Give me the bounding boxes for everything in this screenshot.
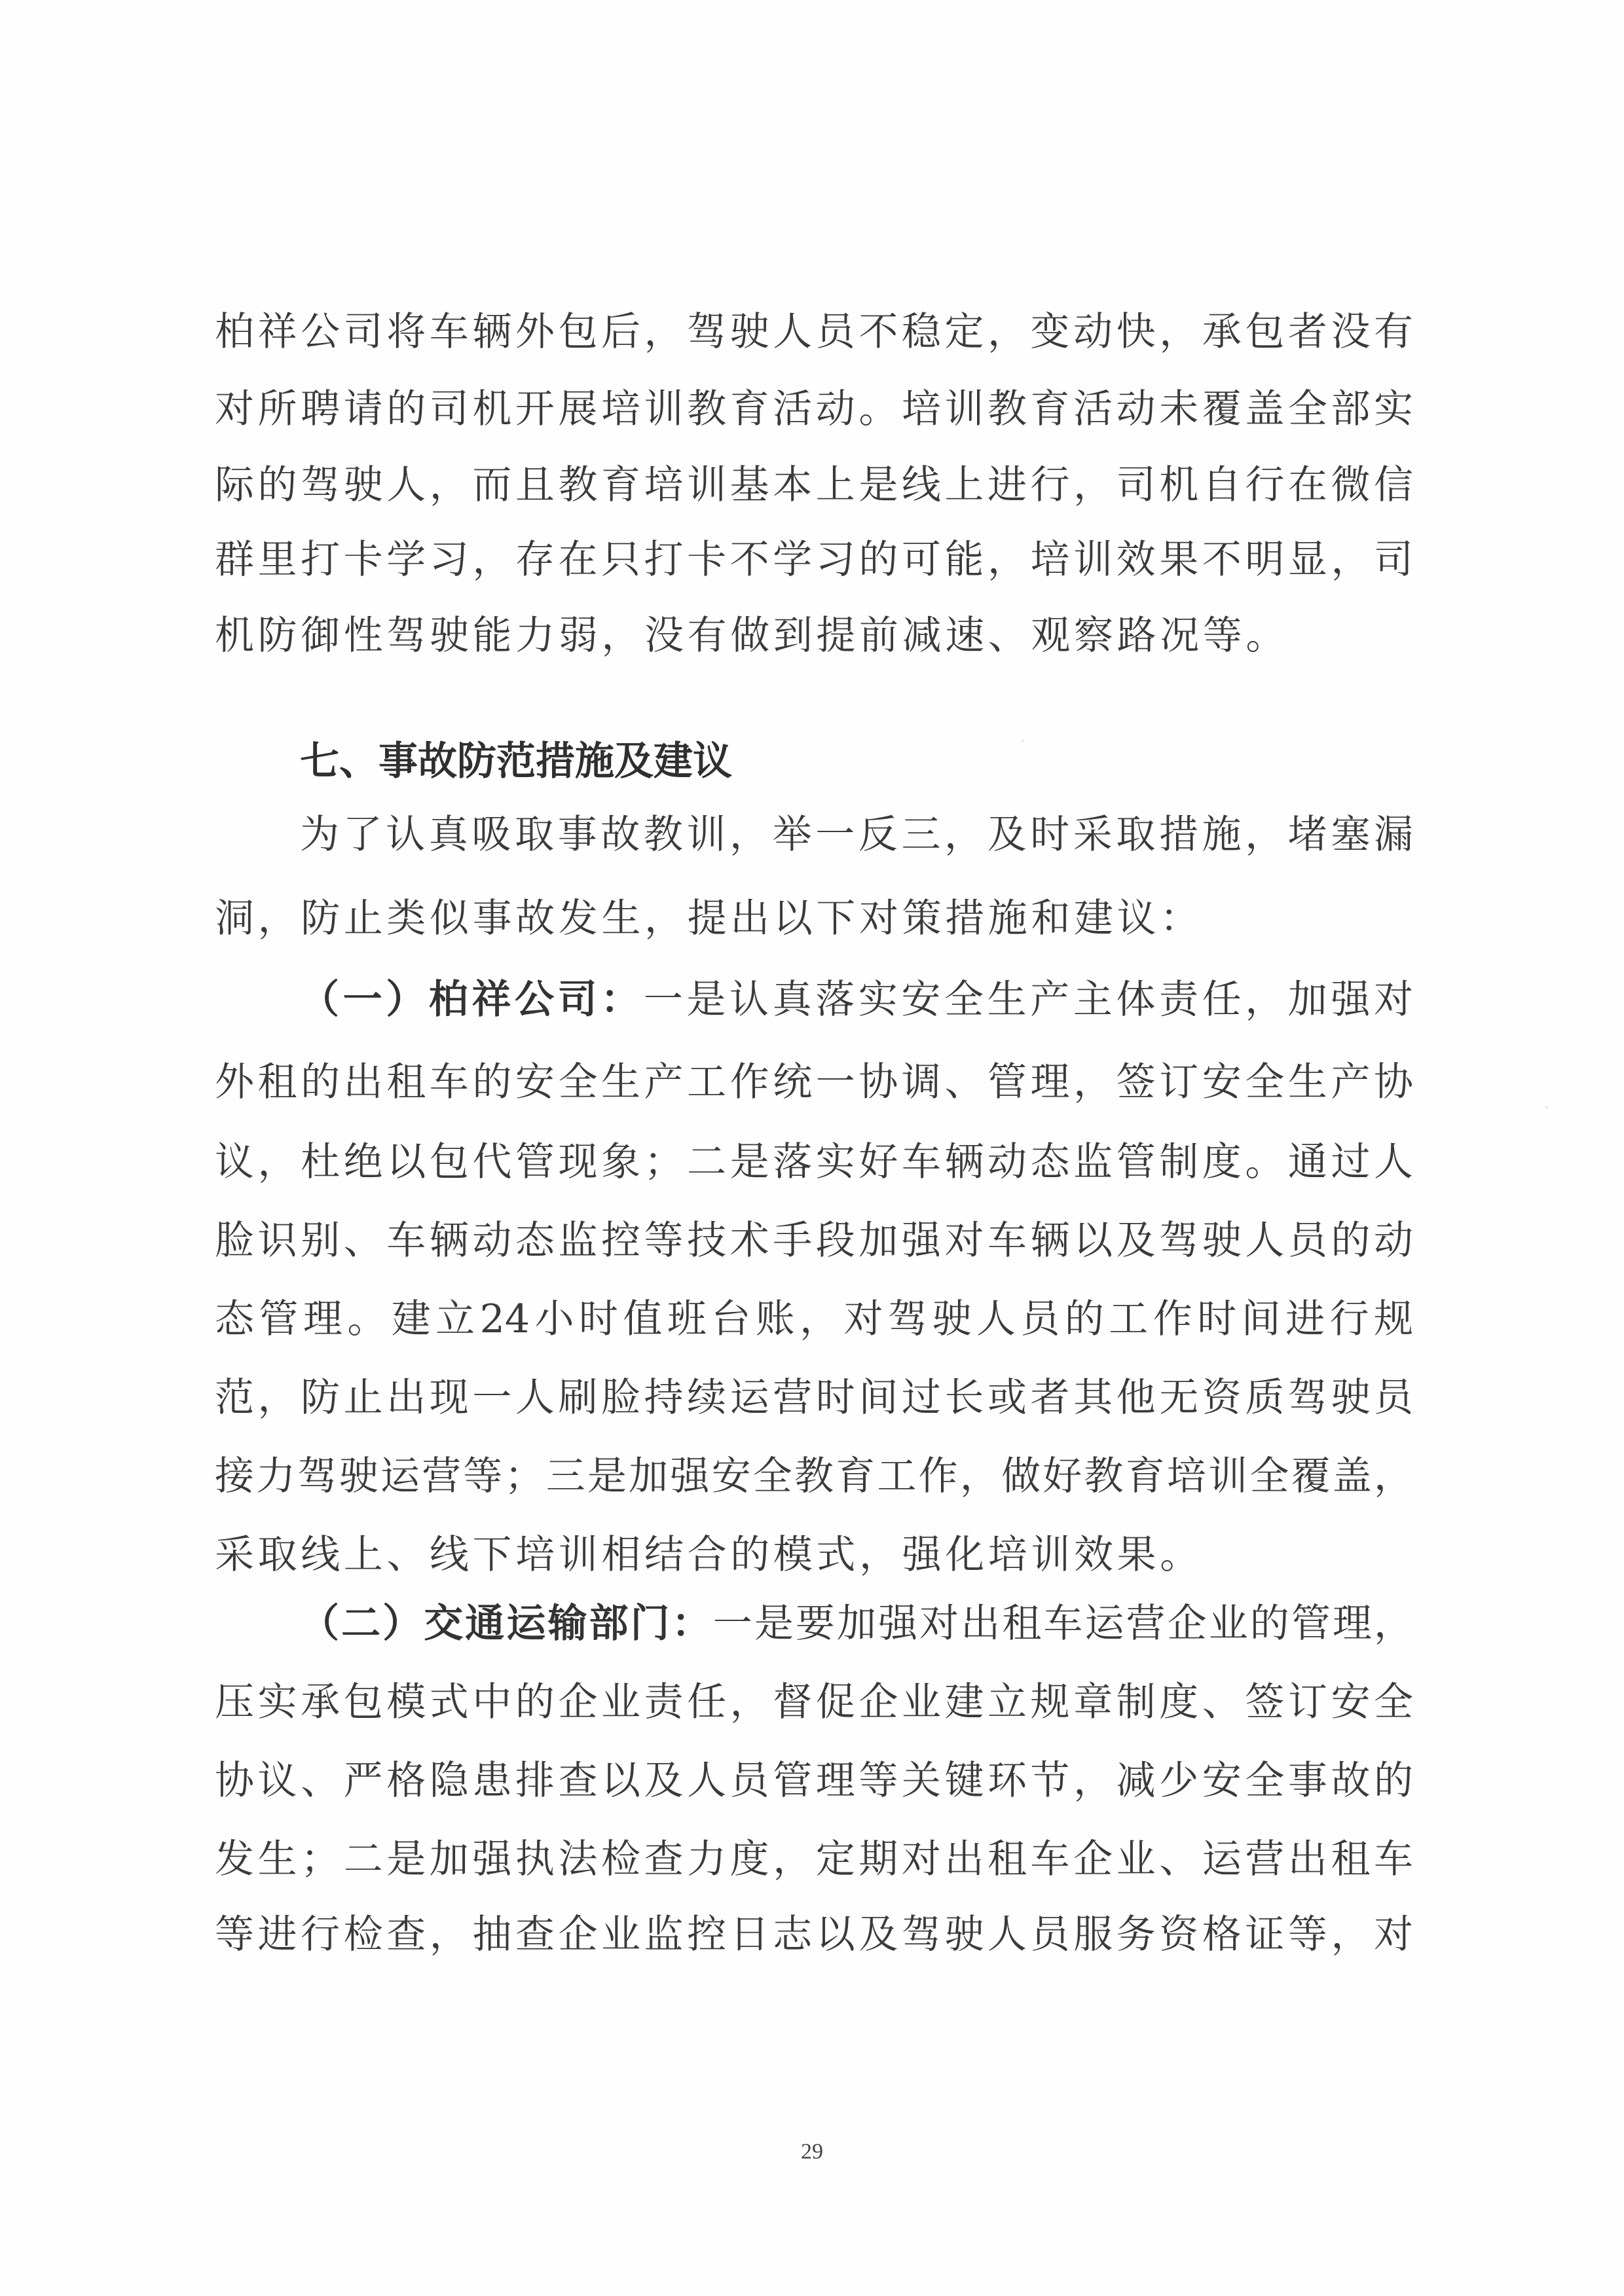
item2-first-line-text: 一是要加强对出租车运营企业的管理， — [713, 1601, 1413, 1647]
document-page: 柏祥公司将车辆外包后，驾驶人员不稳定，变动快，承包者没有 对所聘请的司机开展培训… — [0, 0, 1624, 2296]
section-heading: 七、事故防范措施及建议 — [300, 738, 1413, 784]
item2-label: （二）交通运输部门： — [300, 1601, 713, 1647]
paragraph-line: 群里打卡学习，存在只打卡不学习的可能，培训效果不明显，司 — [215, 537, 1413, 583]
item1-line: 脸识别、车辆动态监控等技术手段加强对车辆以及驾驶人员的动 — [215, 1218, 1413, 1264]
scan-speck — [1545, 1106, 1547, 1108]
paragraph-line: 际的驾驶人，而且教育培训基本上是线上进行，司机自行在微信 — [215, 462, 1413, 508]
item2-first-line: （二）交通运输部门：一是要加强对出租车运营企业的管理， — [300, 1601, 1413, 1647]
item1-line: 接力驾驶运营等；三是加强安全教育工作，做好教育培训全覆盖， — [215, 1453, 1413, 1499]
intro-line: 洞，防止类似事故发生，提出以下对策措施和建议： — [215, 896, 1413, 941]
item1-line: 范，防止出现一人刷脸持续运营时间过长或者其他无资质驾驶员 — [215, 1375, 1413, 1421]
item1-first-line: （一）柏祥公司：一是认真落实安全生产主体责任，加强对 — [300, 977, 1413, 1023]
item2-line: 压实承包模式中的企业责任，督促企业建立规章制度、签订安全 — [215, 1679, 1413, 1725]
scan-speck — [1022, 740, 1024, 742]
item1-label: （一）柏祥公司： — [300, 977, 644, 1023]
item1-first-line-text: 一是认真落实安全生产主体责任，加强对 — [644, 977, 1413, 1023]
intro-line: 为了认真吸取事故教训，举一反三，及时采取措施，堵塞漏 — [300, 812, 1413, 858]
paragraph-line: 柏祥公司将车辆外包后，驾驶人员不稳定，变动快，承包者没有 — [215, 309, 1413, 355]
paragraph-line: 机防御性驾驶能力弱，没有做到提前减速、观察路况等。 — [215, 613, 1413, 659]
item2-line: 等进行检查，抽查企业监控日志以及驾驶人员服务资格证等，对 — [215, 1912, 1413, 1958]
item1-line: 议，杜绝以包代管现象；二是落实好车辆动态监管制度。通过人 — [215, 1139, 1413, 1185]
paragraph-line: 对所聘请的司机开展培训教育活动。培训教育活动未覆盖全部实 — [215, 386, 1413, 432]
page-number: 29 — [0, 2140, 1624, 2164]
item2-line: 协议、严格隐患排查以及人员管理等关键环节，减少安全事故的 — [215, 1758, 1413, 1804]
item1-line: 采取线上、线下培训相结合的模式，强化培训效果。 — [215, 1532, 1413, 1578]
item1-line: 外租的出租车的安全生产工作统一协调、管理，签订安全生产协 — [215, 1059, 1413, 1105]
item1-line: 态管理。建立24小时值班台账，对驾驶人员的工作时间进行规 — [215, 1296, 1413, 1342]
item2-line: 发生；二是加强执法检查力度，定期对出租车企业、运营出租车 — [215, 1836, 1413, 1882]
